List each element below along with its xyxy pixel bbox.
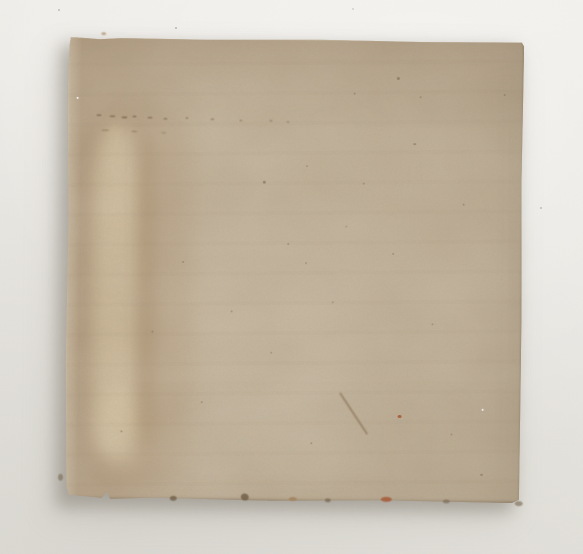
tile-group [0,0,583,554]
speck [431,323,433,325]
speck [450,434,452,436]
speck [363,183,365,185]
speck [540,207,542,209]
speck [392,253,394,255]
speck [175,27,177,29]
speck [58,474,63,481]
speck [161,132,166,134]
speck [463,204,465,206]
speck [515,501,523,506]
speck [101,32,106,35]
clay-tile [64,37,524,503]
speck [289,497,297,501]
clay-grain-texture [64,37,524,503]
speck [147,117,152,119]
white-speck [482,409,484,411]
speck [306,165,308,167]
speck [263,181,266,184]
speck [101,129,109,131]
speck [120,430,122,432]
photo-scene [0,0,583,554]
speck [96,114,101,116]
speck [185,117,188,119]
speck [58,9,60,11]
speck [132,115,136,117]
speck [413,143,416,145]
speck [286,121,289,123]
speck [231,310,233,312]
speck [121,116,127,118]
speck [182,261,184,263]
speck [504,94,506,96]
speck [131,130,137,132]
speck [305,262,307,264]
speck [332,301,334,303]
speck [239,119,242,121]
speck [170,496,177,501]
speck [287,243,289,245]
speck [354,93,356,95]
speck [345,225,347,227]
speck [163,118,167,120]
speck [151,331,153,333]
speck [310,442,312,444]
speck [325,498,331,502]
speck [352,8,354,10]
speck [270,352,272,354]
speck [109,115,115,117]
tile-edge-chips [3,0,583,3]
speck [443,499,450,503]
tile-surface-specks [3,0,583,3]
speck [269,120,272,122]
red-chip [381,497,392,502]
white-speck [77,97,79,99]
speck [210,118,214,120]
speck [420,96,422,98]
speck [480,474,483,476]
speck [397,77,400,80]
red-speck [398,415,402,418]
speck [201,401,203,403]
